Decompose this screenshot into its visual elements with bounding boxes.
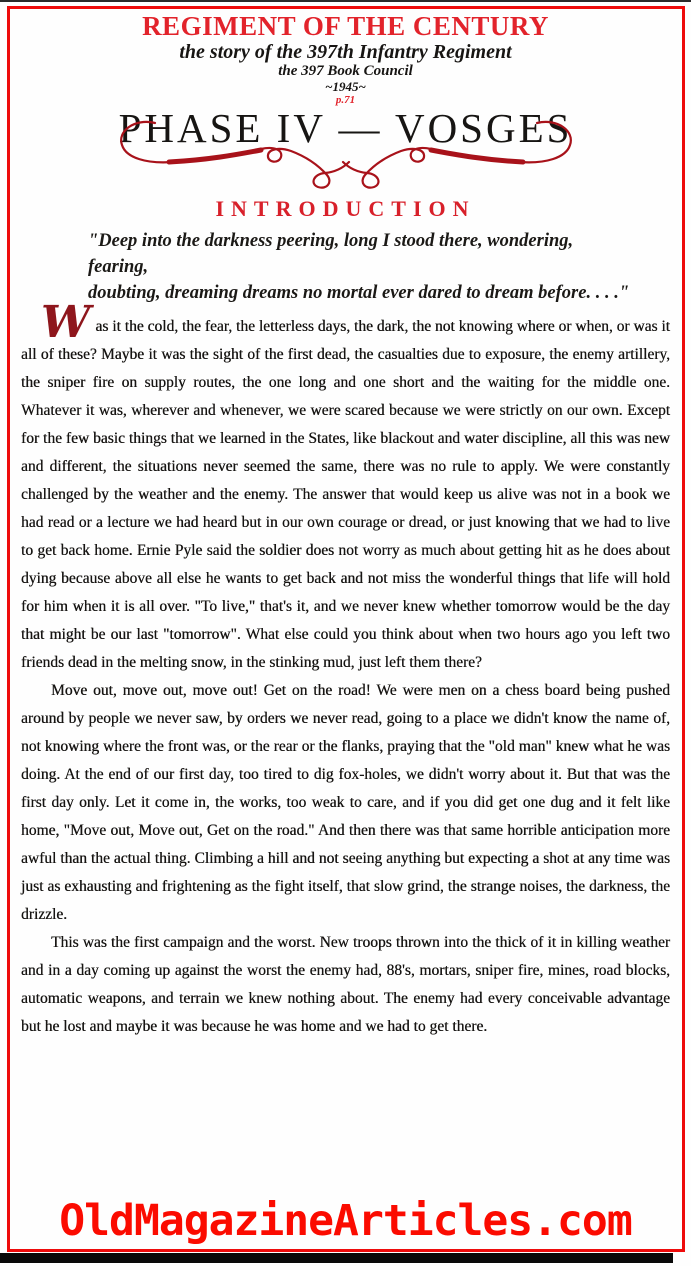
page-title: REGIMENT OF THE CENTURY	[12, 12, 679, 41]
epigraph-line-1: "Deep into the darkness peering, long I …	[88, 228, 631, 280]
page-subtitle: the story of the 397th Infantry Regiment	[12, 41, 679, 63]
paragraph-1-text: as it the cold, the fear, the letterless…	[21, 318, 670, 671]
article-body: Was it the cold, the fear, the letterles…	[12, 313, 679, 1041]
paragraph-3: This was the first campaign and the wors…	[21, 929, 670, 1041]
section-heading: INTRODUCTION	[12, 196, 679, 222]
scan-edge-bottom	[0, 1253, 673, 1263]
year-line: ~1945~	[12, 80, 679, 94]
paragraph-1: Was it the cold, the fear, the letterles…	[21, 313, 670, 677]
epigraph-line-2: doubting, dreaming dreams no mortal ever…	[88, 280, 631, 306]
scan-edge-top	[0, 0, 691, 2]
page-content: REGIMENT OF THE CENTURY the story of the…	[12, 12, 679, 1041]
paragraph-2: Move out, move out, move out! Get on the…	[21, 677, 670, 929]
dropcap-initial: W	[41, 308, 90, 338]
publisher-line: the 397 Book Council	[12, 63, 679, 80]
site-watermark: OldMagazineArticles.com	[0, 1196, 691, 1246]
epigraph-quote: "Deep into the darkness peering, long I …	[88, 228, 631, 306]
